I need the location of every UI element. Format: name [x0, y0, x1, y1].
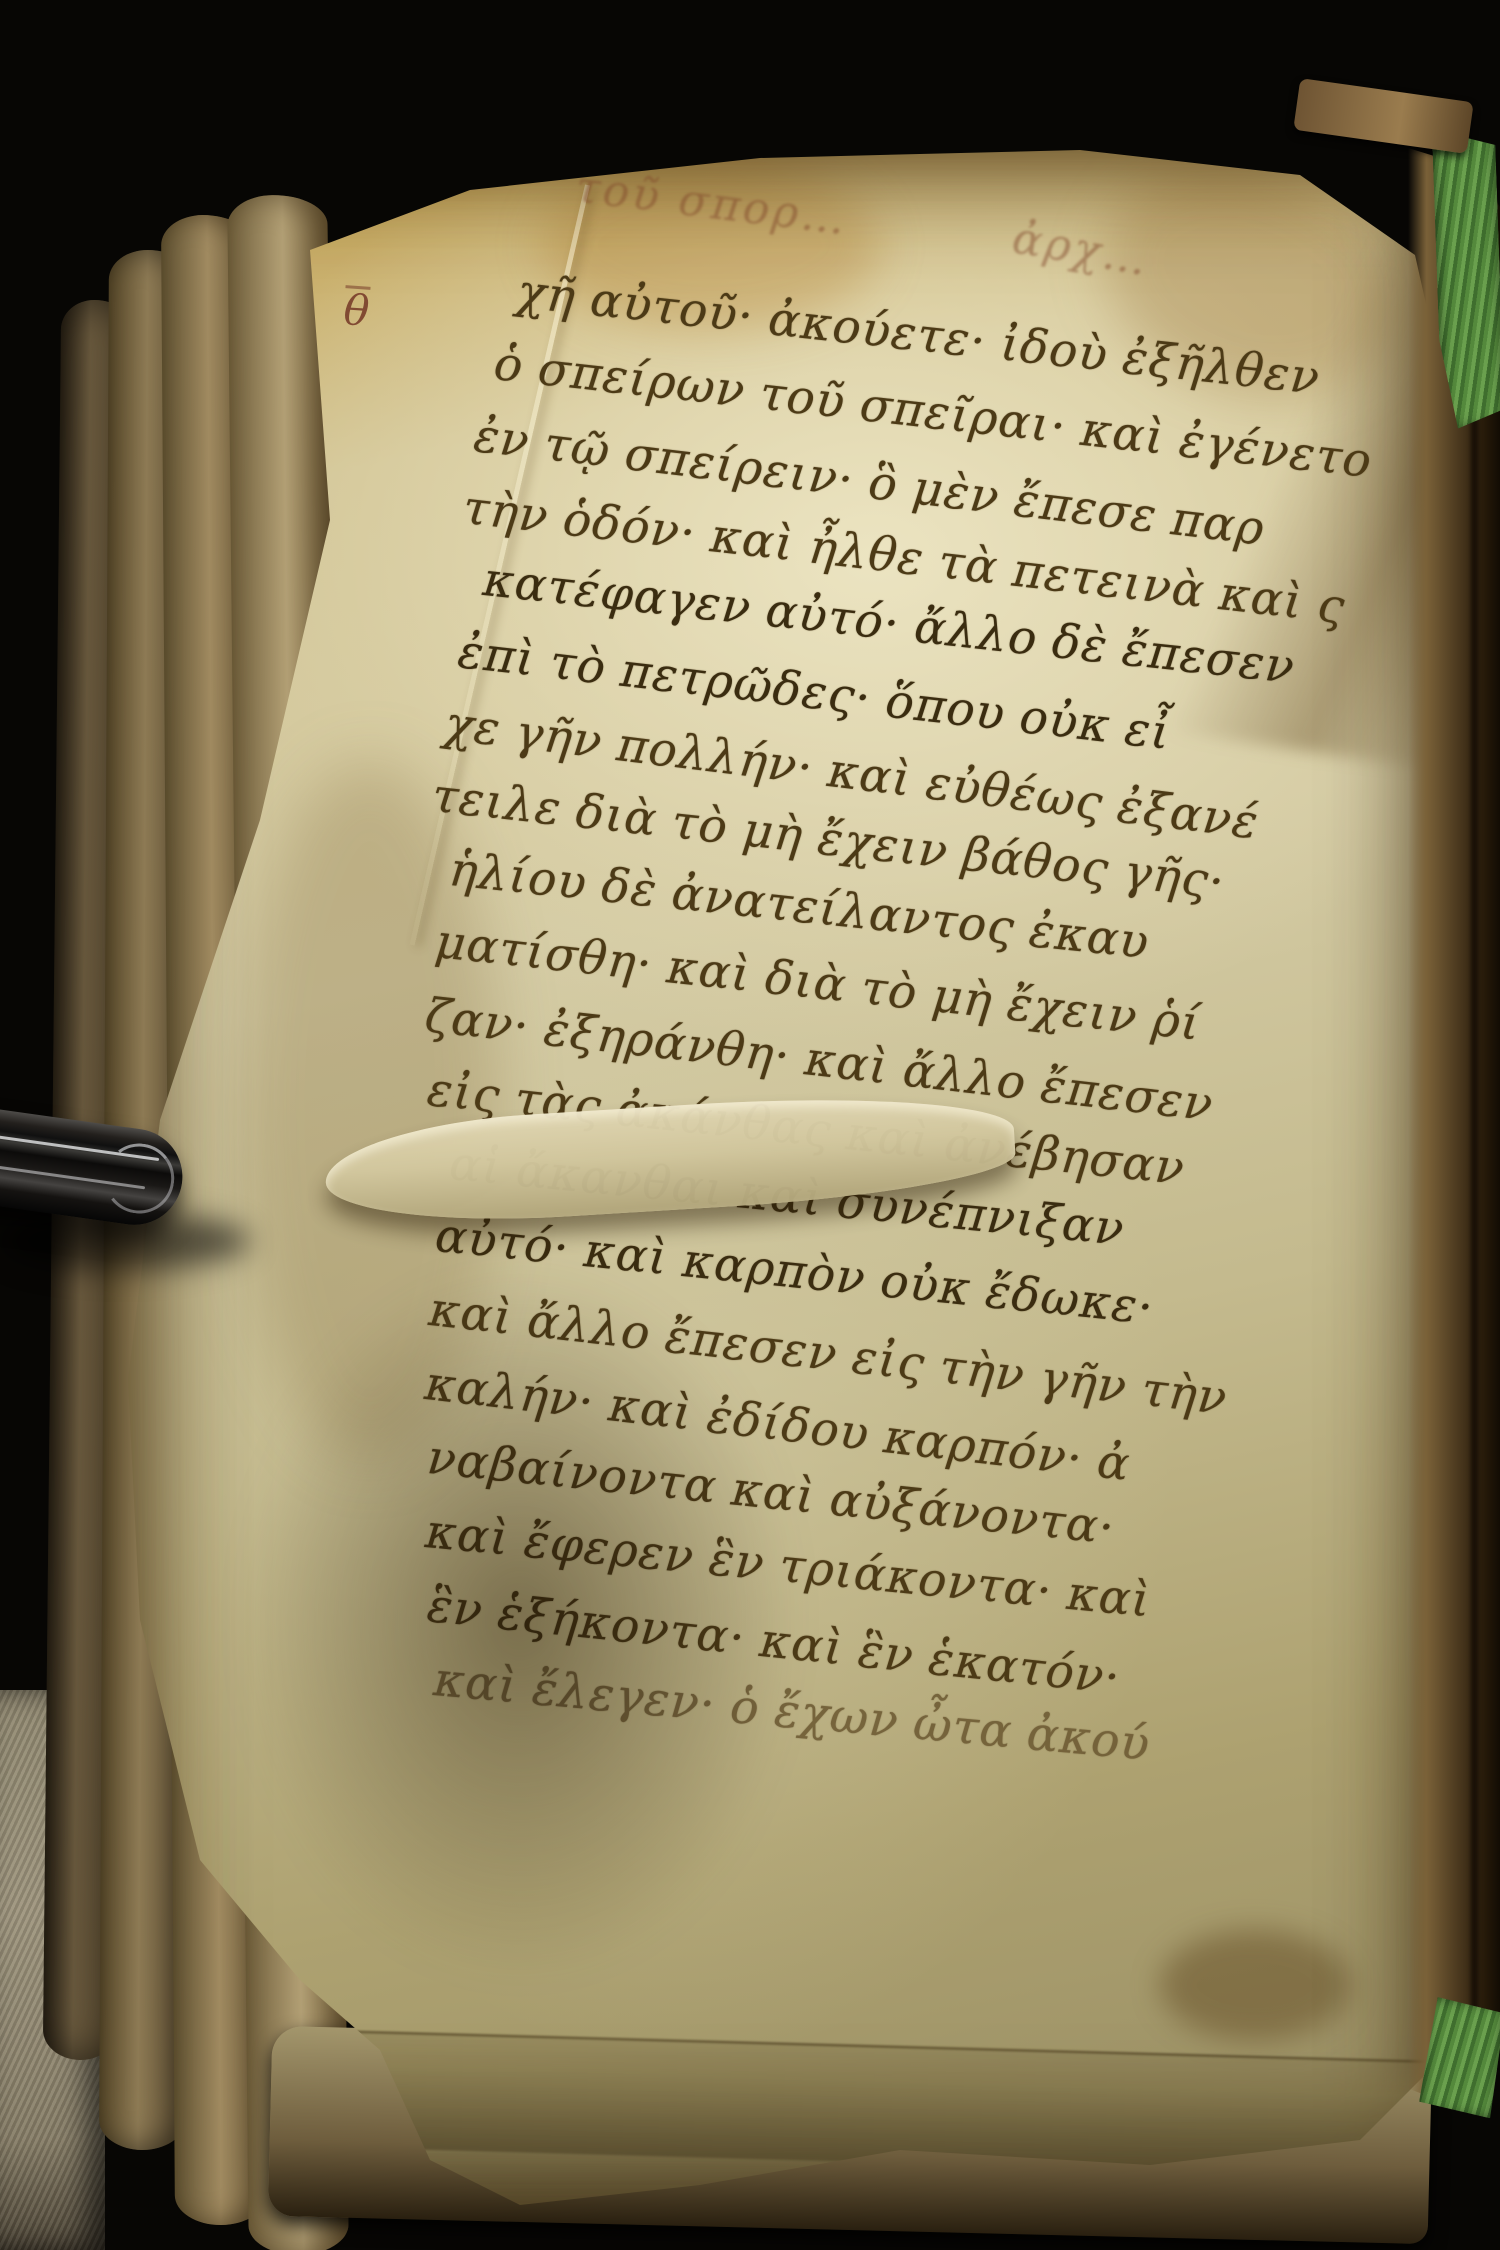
manuscript-photo: τοῦ σπορ… ἀρχ… θ χῆ αὐτοῦ· ἀκούετε· ἰδοὺ…: [0, 0, 1500, 2250]
quire-mark: θ: [342, 285, 370, 333]
parchment-stain: [1160, 1930, 1350, 2040]
cover-board-sliver: [1293, 78, 1474, 154]
faded-rubric-right: ἀρχ…: [1009, 212, 1154, 286]
faded-rubric-left: τοῦ σπορ…: [573, 162, 851, 246]
fore-edge-right: [1408, 148, 1500, 2108]
